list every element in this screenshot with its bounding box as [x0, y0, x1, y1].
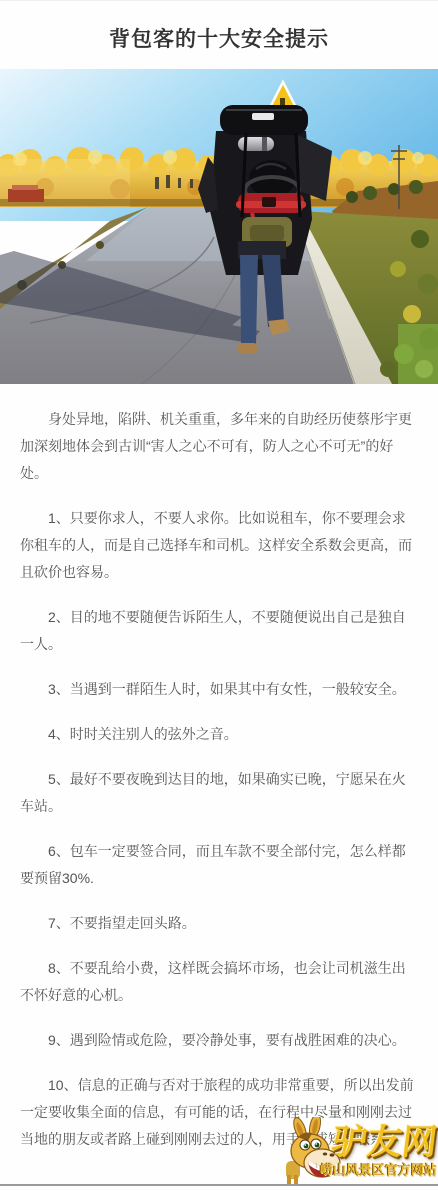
bag-logo-patch [252, 113, 274, 120]
article-paragraph: 7、不要指望走回头路。 [20, 910, 418, 937]
thermos [238, 137, 274, 151]
article-paragraph: 3、当遇到一群陌生人时，如果其中有女性，一般较安全。 [20, 676, 418, 703]
backpacker-photo-illustration [0, 69, 438, 384]
backpacker-photo [0, 69, 438, 384]
article-paragraph: 9、遇到险情或危险，要冷静处事，要有战胜困难的决心。 [20, 1027, 418, 1054]
article-paragraph: 身处异地，陷阱、机关重重，多年来的自助经历使蔡彤宇更加深刻地体会到古训“害人之心… [20, 406, 418, 487]
article-paragraph: 2、目的地不要随便告诉陌生人，不要随便说出自己是独自一人。 [20, 604, 418, 658]
page-title: 背包客的十大安全提示 [0, 1, 438, 69]
article-paragraph: 5、最好不要夜晚到达目的地，如果确实已晚，宁愿呆在火车站。 [20, 766, 418, 820]
article-page: 背包客的十大安全提示 [0, 0, 438, 1191]
article-paragraph: 10、信息的正确与否对于旅程的成功非常重要，所以出发前一定要收集全面的信息，有可… [20, 1072, 418, 1153]
watermark-subtitle: 崂山风景区官方网站 [320, 1163, 437, 1176]
article-paragraph: 8、不要乱给小费，这样既会搞坏市场，也会让司机滋生出不怀好意的心机。 [20, 955, 418, 1009]
bottom-divider [0, 1184, 438, 1186]
article-paragraph: 4、时时关注别人的弦外之音。 [20, 721, 418, 748]
article-body: 身处异地，陷阱、机关重重，多年来的自助经历使蔡彤宇更加深刻地体会到古训“害人之心… [20, 406, 418, 1153]
distant-truck [8, 189, 44, 202]
article-paragraph: 1、只要你求人，不要人求你。比如说租车，你不要理会求你租车的人，而是自己选择车和… [20, 505, 418, 586]
article-paragraph: 6、包车一定要签合同，而且车款不要全部付完，怎么样都要预留30%. [20, 838, 418, 892]
